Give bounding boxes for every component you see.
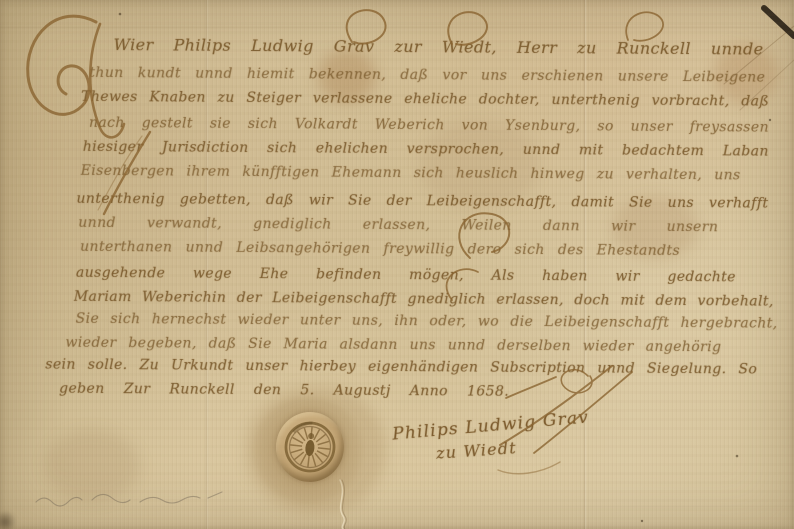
manuscript-line-6: Eisenbergen ihrem künfftigen Ehemann sic… [81, 162, 741, 188]
pencil-note [28, 484, 248, 516]
manuscript-line-5: hiesiger Jurisdiction sich ehelichen ver… [83, 138, 769, 164]
manuscript-line-10: ausgehende wege Ehe befinden mögen, Als … [76, 264, 736, 290]
manuscript-page: Wier Philips Ludwig Grav zur Wiedt, Herr… [0, 0, 794, 529]
manuscript-line-14: sein solle. Zu Urkundt unser hierbey eig… [45, 356, 757, 382]
manuscript-line-7: unterthenig gebetten, daß wir Sie der Le… [76, 190, 768, 216]
manuscript-line-9: unterthanen unnd Leibsangehörigen freywi… [80, 238, 680, 263]
manuscript-line-2: thun kundt unnd hiemit bekennen, daß vor… [89, 64, 765, 90]
manuscript-line-4: nach gestelt sie sich Volkardt Weberich … [89, 114, 769, 140]
corner-shadow [0, 510, 16, 529]
manuscript-line-1: Wier Philips Ludwig Grav zur Wiedt, Herr… [113, 35, 763, 61]
wax-seal [273, 409, 348, 486]
seal-emblem [273, 409, 348, 486]
manuscript-line-3: Thewes Knaben zu Steiger verlassene ehel… [81, 88, 769, 114]
manuscript-line-8: unnd verwandt, gnediglich erlassen, Weil… [78, 214, 718, 239]
handwritten-text-block: Wier Philips Ludwig Grav zur Wiedt, Herr… [0, 0, 794, 529]
manuscript-line-12: Sie sich hernechst wieder unter uns, ihn… [76, 310, 778, 336]
